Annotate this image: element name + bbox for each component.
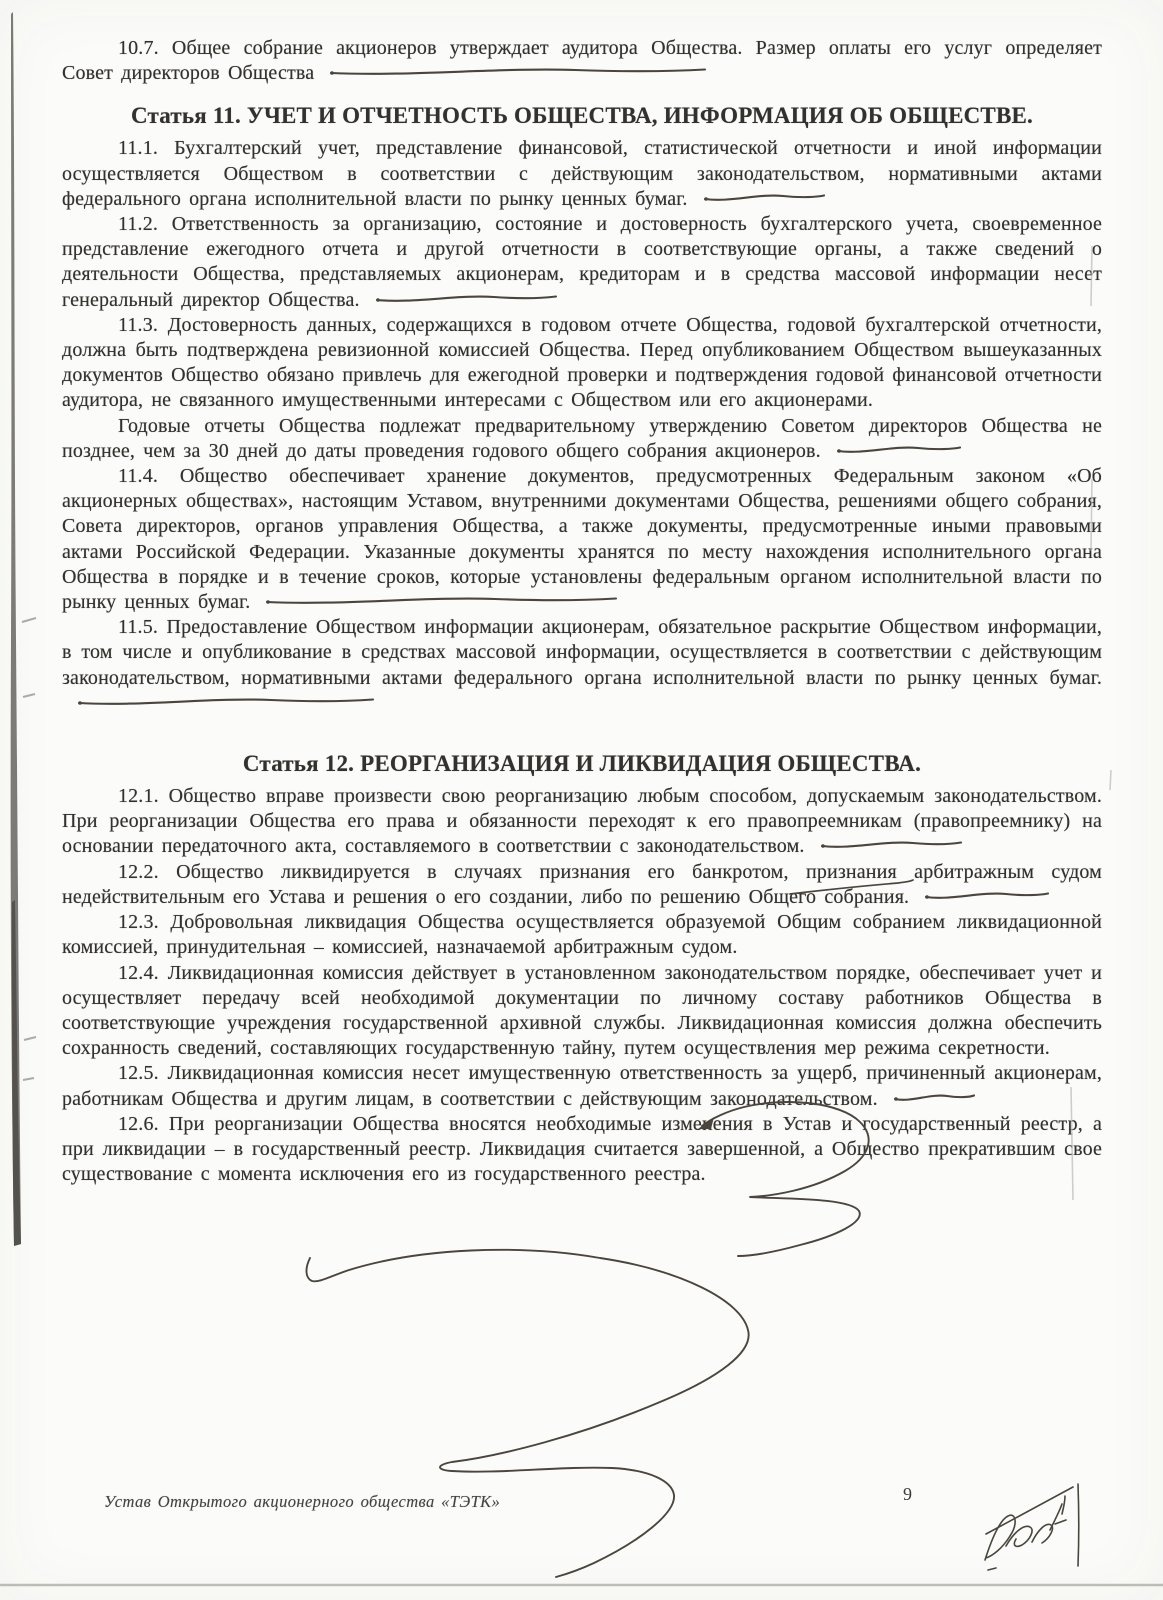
footer-doc-title: Устав Открытого акционерного общества «Т…: [104, 1492, 500, 1512]
paragraph: 12.6. При реорганизации Общества вносятс…: [62, 1112, 1102, 1188]
paragraph: 12.1. Общество вправе произвести свою ре…: [62, 784, 1102, 860]
scan-binding-strip-dark: [12, 900, 21, 1246]
pen-underline-stroke: [328, 62, 708, 80]
pen-underline-stroke: [835, 440, 963, 458]
paragraph: 12.4. Ликвидационная комиссия действует …: [62, 961, 1102, 1062]
pen-underline-stroke: [264, 591, 619, 609]
paragraph: 10.7. Общее собрание акционеров утвержда…: [62, 36, 1102, 86]
paragraph: 12.2. Общество ликвидируется в случаях п…: [62, 860, 1102, 910]
paragraph: 12.3. Добровольная ликвидация Общества о…: [62, 910, 1102, 960]
document-page: 10.7. Общее собрание акционеров утвержда…: [0, 0, 1163, 1600]
signature-scribble: [985, 1484, 1079, 1570]
page-number: 9: [903, 1484, 912, 1505]
scan-binding-strip: [11, 12, 21, 1246]
section-heading: Статья 12. РЕОРГАНИЗАЦИЯ И ЛИКВИДАЦИЯ ОБ…: [62, 749, 1102, 779]
pen-underline-stroke: [923, 886, 1051, 904]
pen-underline-stroke: [374, 289, 559, 307]
paragraph: Годовые отчеты Общества подлежат предвар…: [62, 414, 1102, 464]
paragraph: 11.2. Ответственность за организацию, со…: [62, 212, 1102, 313]
paragraph: 11.3. Достоверность данных, содержащихся…: [62, 313, 1102, 414]
paragraph: 11.1. Бухгалтерский учет, представление …: [62, 136, 1102, 212]
paragraph: 11.5. Предоставление Обществом информаци…: [62, 615, 1102, 716]
margin-dash-marks: [22, 618, 36, 1080]
paragraph: 11.4. Общество обеспечивает хранение док…: [62, 464, 1102, 615]
document-body: 10.7. Общее собрание акционеров утвержда…: [62, 36, 1102, 1187]
section-heading: Статья 11. УЧЕТ И ОТЧЕТНОСТЬ ОБЩЕСТВА, И…: [62, 101, 1102, 131]
pen-underline-stroke: [892, 1088, 977, 1106]
pen-underline-stroke: [702, 188, 827, 206]
pen-underline-stroke: [76, 692, 376, 710]
paragraph: 12.5. Ликвидационная комиссия несет имущ…: [62, 1061, 1102, 1111]
pen-underline-stroke: [819, 835, 964, 853]
